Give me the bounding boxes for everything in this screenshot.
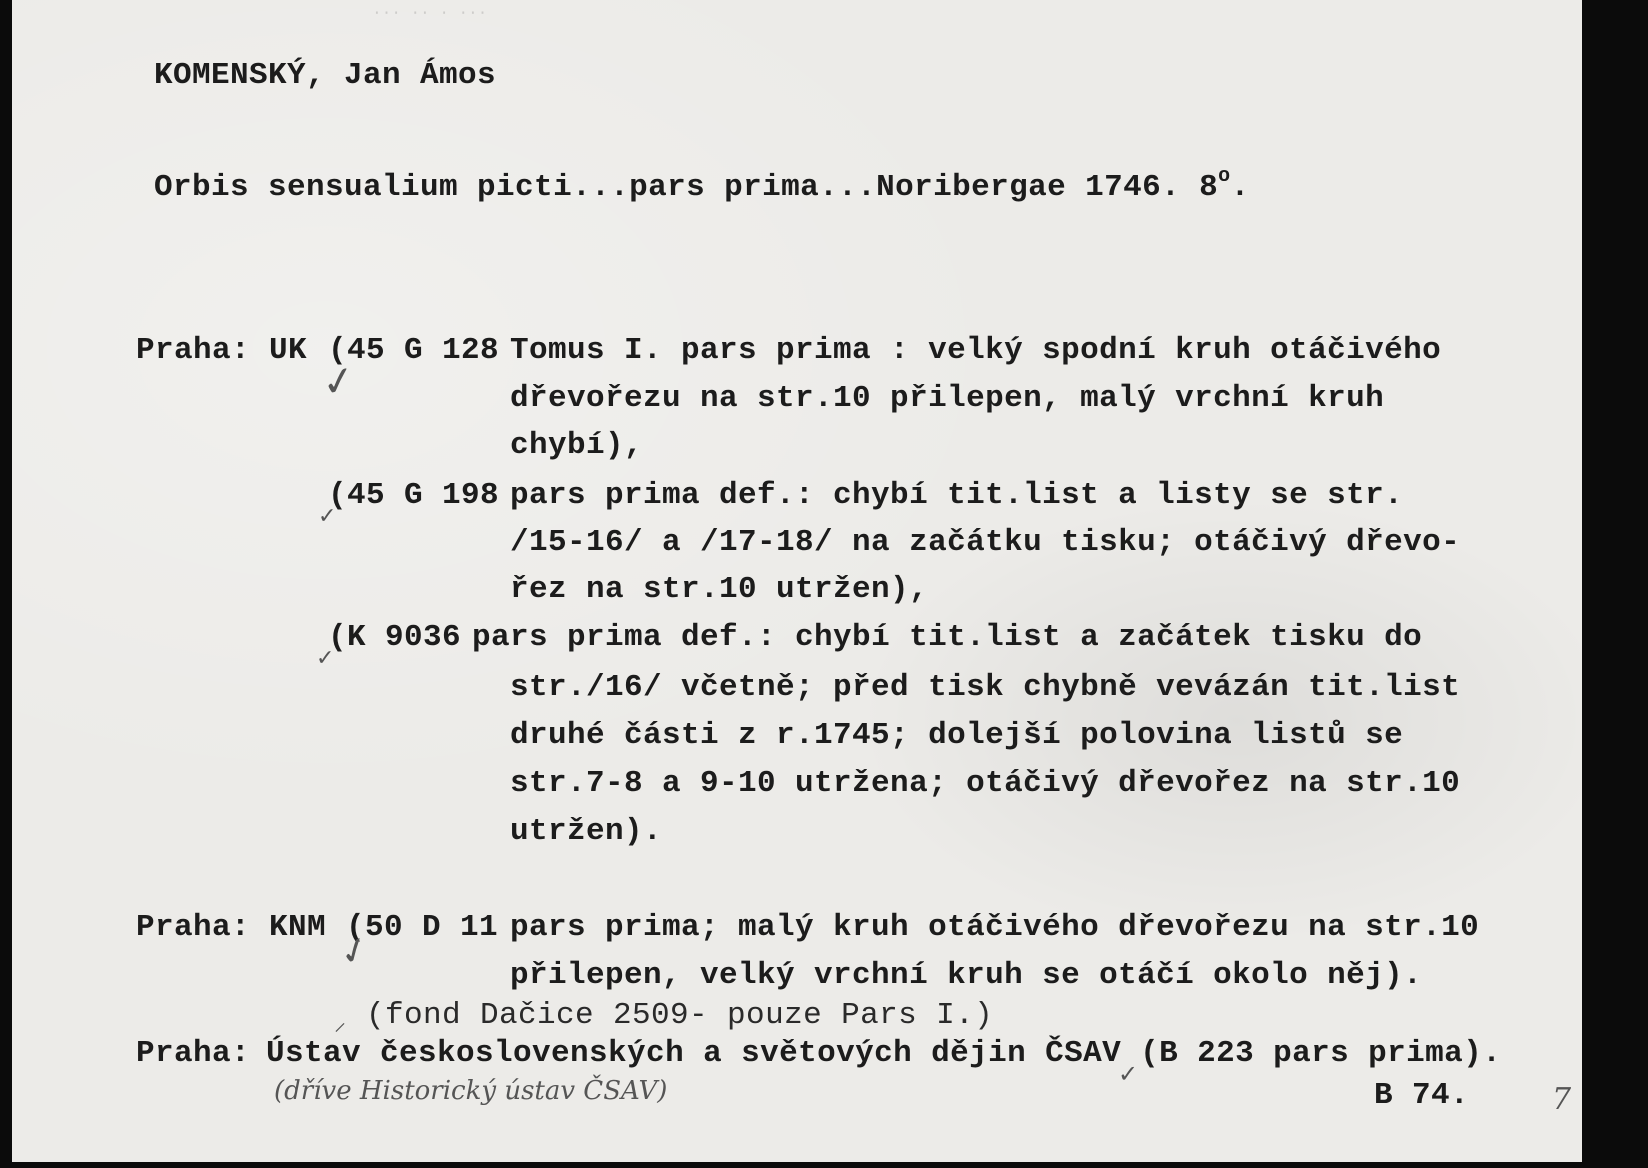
entry-line: pars prima def.: chybí tit.list a listy …: [510, 480, 1403, 511]
entry-line: /15-16/ a /17-18/ na začátku tisku; otáč…: [510, 527, 1460, 558]
shelfmark-50d11: (50 D 11: [346, 912, 498, 943]
fond-annotation: (fond Dačice 2509- pouze Pars I.): [366, 1000, 993, 1031]
entry-line: pars prima; malý kruh otáčivého dřevořez…: [510, 912, 1479, 943]
checkmark-icon: ✓: [319, 359, 359, 404]
entry-line: str./16/ včetně; před tisk chybně vevázá…: [510, 672, 1460, 703]
entry-line: utržen).: [510, 816, 662, 847]
entry-line: dřevořezu na str.10 přilepen, malý vrchn…: [510, 383, 1384, 414]
entry-line: chybí),: [510, 430, 643, 461]
entry-line: Tomus I. pars prima : velký spodní kruh …: [510, 335, 1441, 366]
format-superscript: o: [1218, 165, 1230, 188]
entry-line: řez na str.10 utržen),: [510, 574, 928, 605]
author-heading: KOMENSKÝ, Jan Ámos: [154, 60, 496, 91]
shelfmark-k9036: (K 9036: [328, 622, 461, 653]
catalog-card: ∙∙∙ ∙∙ ∙ ∙∙∙ KOMENSKÝ, Jan Ámos Orbis se…: [12, 0, 1582, 1162]
title-text: Orbis sensualium picti...pars prima...No…: [154, 170, 1218, 205]
entry-line: druhé části z r.1745; dolejší polovina l…: [510, 720, 1403, 751]
scan-left-border: [0, 0, 12, 1168]
entry-line: str.7-8 a 9-10 utržena; otáčivý dřevořez…: [510, 768, 1460, 799]
scan-right-border: [1582, 0, 1648, 1168]
location-label-uk: Praha: UK: [136, 335, 307, 366]
annotation-mark-icon: ⸝: [334, 1010, 346, 1034]
shelfmark-45g198: (45 G 198: [328, 480, 499, 511]
format-end: .: [1231, 170, 1250, 205]
handwritten-card-number: 7: [1552, 1082, 1571, 1117]
handwritten-note: (dříve Historický ústav ČSAV): [274, 1076, 667, 1106]
location-label-knm: Praha: KNM: [136, 912, 326, 943]
scan-bottom-border: [0, 1162, 1648, 1168]
bleed-through-marks: ∙∙∙ ∙∙ ∙ ∙∙∙: [372, 4, 487, 22]
entry-line: pars prima def.: chybí tit.list a začáte…: [472, 622, 1422, 653]
checkmark-icon: ✓: [1118, 1062, 1138, 1086]
checkmark-icon: ✓: [318, 506, 336, 528]
title-line: Orbis sensualium picti...pars prima...No…: [154, 172, 1250, 203]
shelfmark-45g128: (45 G 128: [328, 335, 499, 366]
entry-line: přilepen, velký vrchní kruh se otáčí oko…: [510, 960, 1422, 991]
card-number: B 74.: [1374, 1080, 1469, 1111]
institution-line: Ústav československých a světových dějin…: [266, 1038, 1501, 1069]
location-label-ustav: Praha:: [136, 1038, 250, 1069]
checkmark-icon: ✓: [316, 648, 334, 670]
